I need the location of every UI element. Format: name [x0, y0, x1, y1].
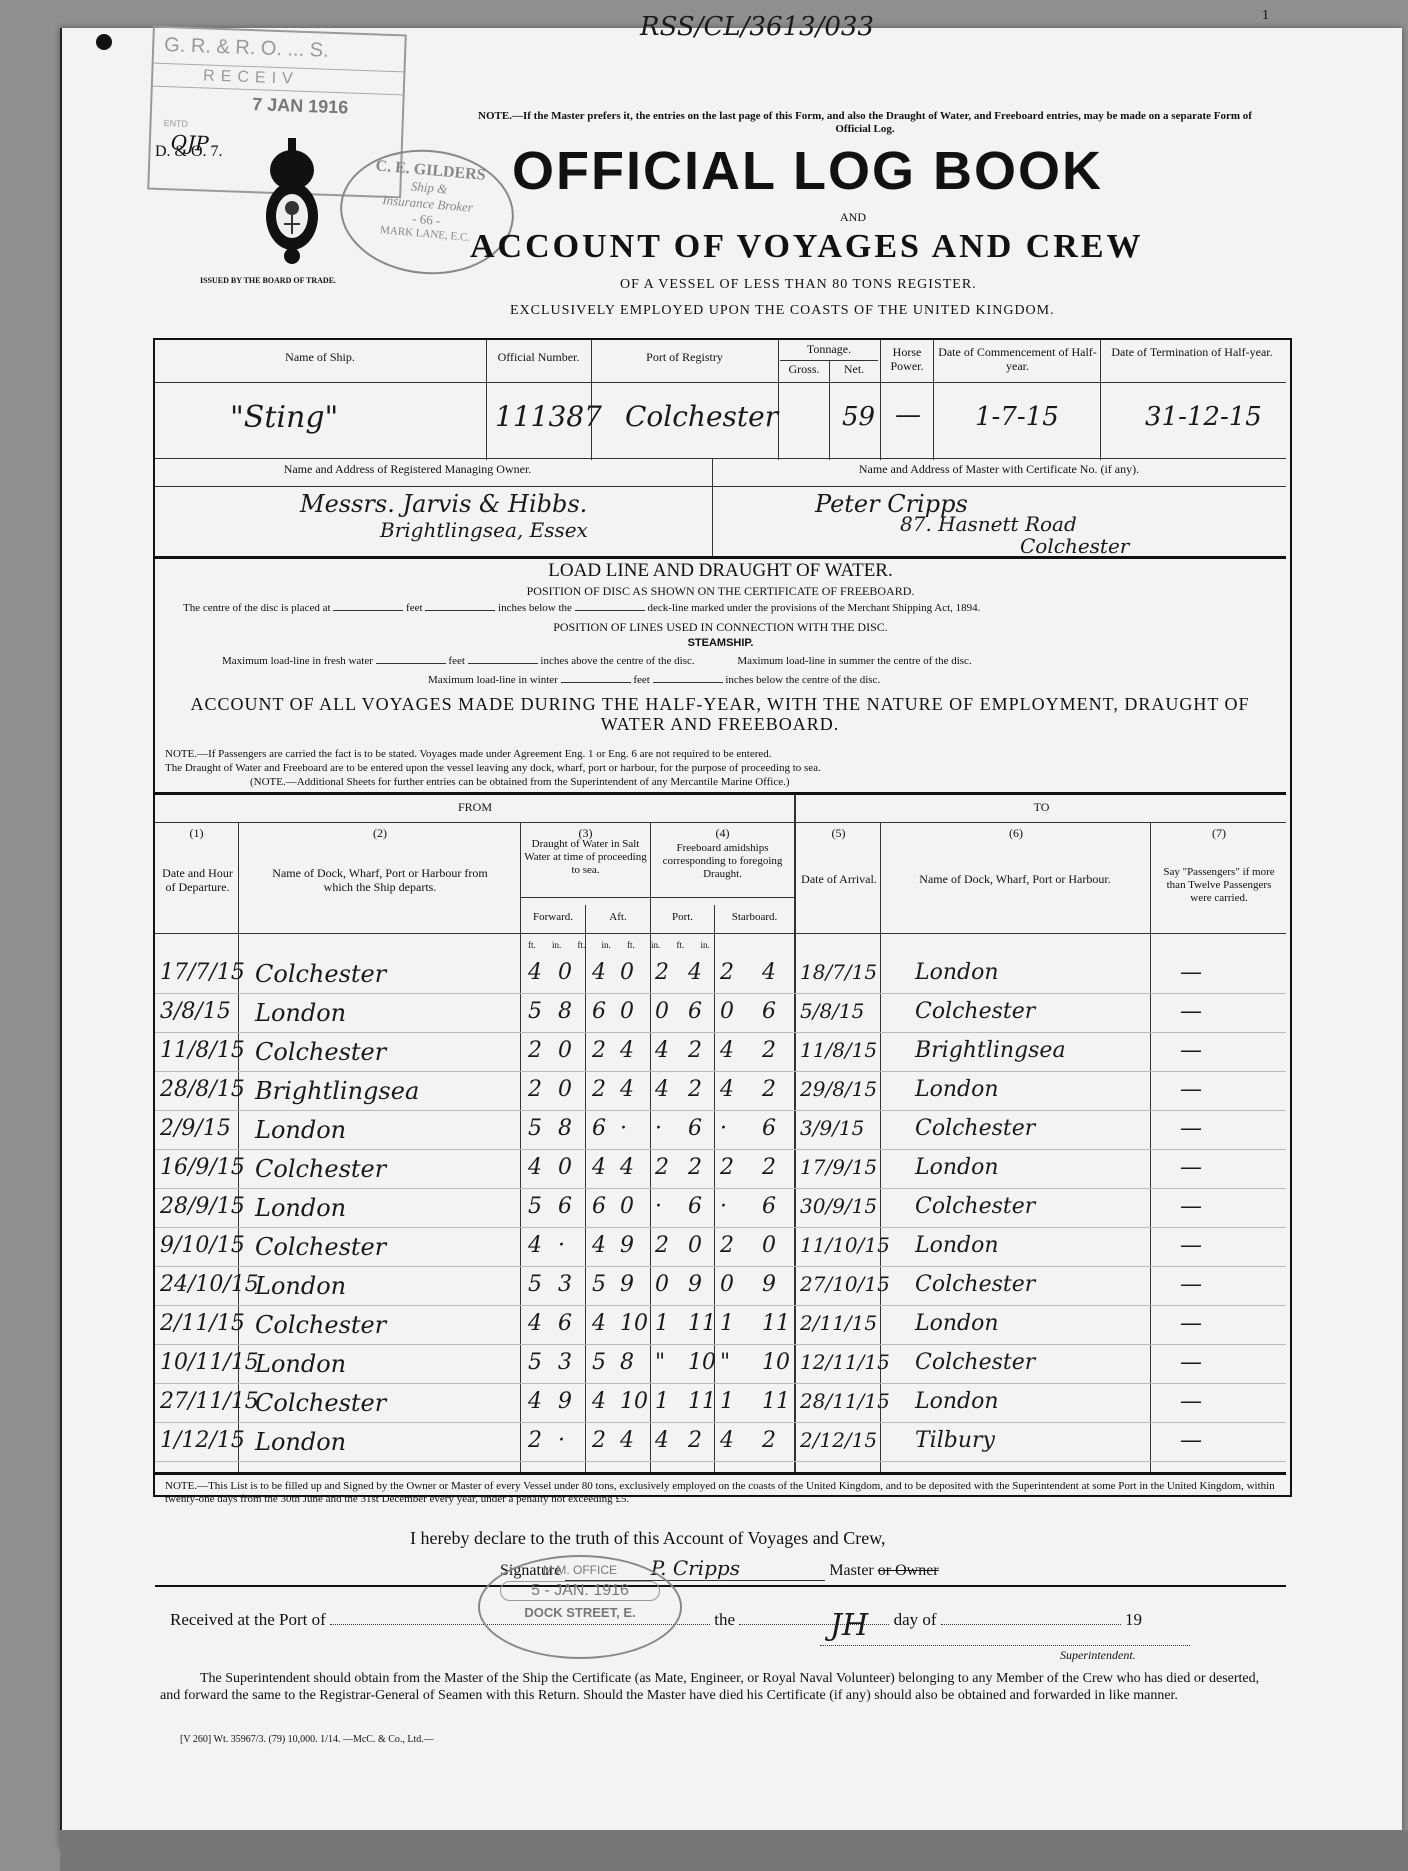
- cell-port-in: 10: [688, 1350, 716, 1375]
- unit-in: in.: [701, 940, 710, 950]
- cell-from: London: [255, 1428, 346, 1456]
- cell-aft-in: 0: [620, 1194, 634, 1219]
- cell-stb-in: 10: [762, 1350, 790, 1375]
- cell-arr: 12/11/15: [800, 1350, 890, 1374]
- hdr-date-termination: Date of Termination of Half-year.: [1102, 345, 1282, 359]
- cell-fwd-in: ·: [558, 1233, 565, 1258]
- cell-to: Colchester: [915, 1272, 1035, 1297]
- cell-pass: —: [1180, 999, 1202, 1024]
- col5-header: Date of Arrival.: [800, 872, 878, 886]
- cell-stb-in: 0: [762, 1233, 776, 1258]
- cell-pass: —: [1180, 1155, 1202, 1180]
- to-label: TO: [797, 800, 1286, 815]
- cell-aft-in: 9: [620, 1272, 634, 1297]
- hdr-date-commencement: Date of Commencement of Half-year.: [935, 345, 1100, 373]
- cell-pass: —: [1180, 1194, 1202, 1219]
- cell-aft-in: 4: [620, 1038, 634, 1063]
- cell-dep: 9/10/15: [160, 1233, 245, 1258]
- cell-dep: 27/11/15: [160, 1389, 259, 1414]
- fresh-text-c: inches above the centre of the disc.: [540, 655, 694, 667]
- col-divider: [880, 822, 881, 1472]
- cell-aft-ft: 6: [592, 1116, 606, 1141]
- printer-info: [V 260] Wt. 35967/3. (79) 10,000. 1/14. …: [180, 1734, 434, 1745]
- divider: [778, 340, 779, 460]
- hdr-name-of-ship: Name of Ship.: [155, 350, 485, 364]
- cell-dep: 17/7/15: [160, 960, 245, 985]
- top-note: NOTE.—If the Master prefers it, the entr…: [470, 110, 1260, 136]
- cell-fwd-in: 3: [558, 1350, 572, 1375]
- cell-port-ft: ·: [655, 1116, 662, 1141]
- mm-office-date: 5 - JAN. 1916: [500, 1581, 660, 1601]
- winter-text-b: feet: [633, 674, 649, 686]
- cell-stb-in: 6: [762, 999, 776, 1024]
- superintendent-field[interactable]: [820, 1645, 1190, 1646]
- cell-fwd-ft: 2: [528, 1038, 542, 1063]
- form-code: D. & O. 7.: [155, 143, 223, 161]
- cell-arr: 29/8/15: [800, 1077, 877, 1101]
- hdr-net: Net.: [830, 362, 878, 376]
- cell-to: Colchester: [915, 1350, 1035, 1375]
- cell-to: London: [915, 1077, 999, 1102]
- account-heading: ACCOUNT OF ALL VOYAGES MADE DURING THE H…: [180, 694, 1260, 734]
- cell-aft-ft: 6: [592, 999, 606, 1024]
- cell-to: London: [915, 1389, 999, 1414]
- cell-pass: —: [1180, 1116, 1202, 1141]
- fresh-text-a: Maximum load-line in fresh water: [222, 655, 373, 667]
- cell-arr: 2/12/15: [800, 1428, 877, 1452]
- cell-fwd-ft: 5: [528, 999, 542, 1024]
- hdr-tonnage: Tonnage.: [780, 342, 878, 356]
- cell-dep: 2/9/15: [160, 1116, 231, 1141]
- steamship-label: STEAMSHIP.: [155, 637, 1286, 649]
- blank-field[interactable]: [561, 681, 631, 683]
- cell-dep: 11/8/15: [160, 1038, 245, 1063]
- winter-line: Maximum load-line in winter feet inches …: [428, 674, 880, 686]
- cell-port-in: 2: [688, 1038, 702, 1063]
- cell-arr: 11/8/15: [800, 1038, 877, 1062]
- cell-port-in: 6: [688, 1194, 702, 1219]
- divider: [155, 382, 1286, 383]
- master-address: 87. Hasnett Road: [900, 512, 1077, 536]
- divider: [1100, 340, 1101, 460]
- col4-number: (4): [651, 826, 794, 840]
- divider: [155, 556, 1286, 559]
- cell-dep: 28/9/15: [160, 1194, 245, 1219]
- blank-field[interactable]: [653, 681, 723, 683]
- cell-fwd-ft: 4: [528, 1155, 542, 1180]
- cell-stb-ft: 1: [720, 1311, 734, 1336]
- cell-aft-in: ·: [620, 1116, 627, 1141]
- cell-stb-in: 2: [762, 1077, 776, 1102]
- cell-to: Brightlingsea: [915, 1038, 1066, 1063]
- cell-aft-in: 10: [620, 1389, 648, 1414]
- cell-stb-ft: 0: [720, 1272, 734, 1297]
- hdr-horse-power: Horse Power.: [882, 345, 932, 373]
- row-rule: [155, 1149, 1286, 1150]
- cell-fwd-ft: 5: [528, 1350, 542, 1375]
- received-port-label: Received at the Port of: [170, 1610, 326, 1629]
- cell-from: London: [255, 1194, 346, 1222]
- cell-stb-in: 6: [762, 1194, 776, 1219]
- cell-arr: 3/9/15: [800, 1116, 864, 1140]
- unit-in: in.: [651, 940, 660, 950]
- cell-from: Colchester: [255, 1038, 386, 1066]
- cell-aft-in: 0: [620, 999, 634, 1024]
- cell-from: Colchester: [255, 1389, 386, 1417]
- declaration: I hereby declare to the truth of this Ac…: [410, 1528, 886, 1549]
- official-number-value: 111387: [495, 400, 602, 433]
- disc-heading: POSITION OF DISC AS SHOWN ON THE CERTIFI…: [155, 584, 1286, 599]
- cell-port-ft: ·: [655, 1194, 662, 1219]
- disc-text-c: inches below the: [498, 602, 572, 614]
- cell-fwd-ft: 5: [528, 1116, 542, 1141]
- master-label: Name and Address of Master with Certific…: [712, 462, 1286, 476]
- col3-aft: Aft.: [586, 910, 650, 924]
- divider: [155, 822, 1286, 823]
- cell-stb-in: 6: [762, 1116, 776, 1141]
- divider: [155, 458, 1286, 459]
- cell-aft-ft: 2: [592, 1038, 606, 1063]
- punch-hole: [96, 34, 112, 50]
- employment-scope: EXCLUSIVELY EMPLOYED UPON THE COASTS OF …: [510, 303, 1055, 319]
- cell-dep: 3/8/15: [160, 999, 231, 1024]
- divider: [155, 486, 1286, 487]
- received-dayof-label: day of: [894, 1610, 937, 1629]
- vessel-class: OF A VESSEL OF LESS THAN 80 TONS REGISTE…: [620, 277, 977, 293]
- divider: [155, 1585, 1286, 1587]
- cell-stb-ft: ": [720, 1350, 730, 1375]
- unit-ft: ft.: [677, 940, 685, 950]
- cell-from: Colchester: [255, 1311, 386, 1339]
- cell-stb-ft: 4: [720, 1077, 734, 1102]
- cell-stb-in: 11: [762, 1311, 790, 1336]
- cell-pass: —: [1180, 1077, 1202, 1102]
- footer-note: NOTE.—This List is to be filled up and S…: [165, 1480, 1280, 1506]
- disc-text-d: deck-line marked under the provisions of…: [647, 602, 980, 614]
- cell-from: Colchester: [255, 960, 386, 988]
- divider: [712, 458, 713, 558]
- cell-pass: —: [1180, 1428, 1202, 1453]
- cell-to: Colchester: [915, 999, 1035, 1024]
- cell-fwd-in: 0: [558, 960, 572, 985]
- cell-to: Colchester: [915, 1116, 1035, 1141]
- blank-field[interactable]: [468, 662, 538, 664]
- hdr-official-number: Official Number.: [487, 350, 590, 364]
- divider: [521, 897, 794, 898]
- cell-fwd-ft: 4: [528, 1233, 542, 1258]
- unit-ft: ft.: [627, 940, 635, 950]
- ship-name-value: "Sting": [230, 400, 338, 435]
- cell-from: Colchester: [255, 1233, 386, 1261]
- cell-stb-in: 2: [762, 1155, 776, 1180]
- cell-port-in: 2: [688, 1155, 702, 1180]
- cell-arr: 17/9/15: [800, 1155, 877, 1179]
- cell-port-in: 9: [688, 1272, 702, 1297]
- cell-port-ft: 0: [655, 1272, 669, 1297]
- cell-aft-ft: 4: [592, 1233, 606, 1258]
- col5-number: (5): [797, 826, 880, 840]
- cell-aft-ft: 5: [592, 1272, 606, 1297]
- divider: [933, 340, 934, 460]
- cell-port-in: 11: [688, 1311, 716, 1336]
- col-divider: [1150, 822, 1151, 1472]
- cell-dep: 1/12/15: [160, 1428, 245, 1453]
- col7-header: Say "Passengers" if more than Twelve Pas…: [1158, 866, 1280, 905]
- horse-power-value: —: [895, 400, 921, 430]
- cell-to: Tilbury: [915, 1428, 995, 1453]
- cell-pass: —: [1180, 960, 1202, 985]
- divider: [486, 340, 487, 460]
- master-town: Colchester: [1020, 534, 1129, 558]
- note-draught: The Draught of Water and Freeboard are t…: [165, 762, 1265, 775]
- cell-fwd-ft: 4: [528, 1389, 542, 1414]
- cell-port-in: 2: [688, 1428, 702, 1453]
- cell-stb-in: 11: [762, 1389, 790, 1414]
- page-subtitle: ACCOUNT OF VOYAGES AND CREW: [470, 228, 1144, 266]
- commencement-date-value: 1-7-15: [975, 402, 1059, 432]
- blank-field[interactable]: [333, 609, 403, 611]
- cell-arr: 11/10/15: [800, 1233, 890, 1257]
- cell-port-in: 6: [688, 999, 702, 1024]
- cell-stb-ft: 2: [720, 960, 734, 985]
- mm-office-line3: DOCK STREET, E.: [480, 1605, 680, 1620]
- cell-aft-ft: 4: [592, 1389, 606, 1414]
- cell-arr: 2/11/15: [800, 1311, 877, 1335]
- row-rule: [155, 1188, 1286, 1189]
- col2-header: Name of Dock, Wharf, Port or Harbour fro…: [270, 866, 490, 894]
- cell-port-in: 0: [688, 1233, 702, 1258]
- cell-fwd-in: 0: [558, 1077, 572, 1102]
- cell-arr: 30/9/15: [800, 1194, 877, 1218]
- cell-port-ft: 2: [655, 1233, 669, 1258]
- row-rule: [155, 1266, 1286, 1267]
- fresh-water-line: Maximum load-line in fresh water feet in…: [222, 655, 972, 667]
- cell-port-ft: 4: [655, 1428, 669, 1453]
- cell-stb-ft: 4: [720, 1428, 734, 1453]
- row-rule: [155, 1383, 1286, 1384]
- cell-port-ft: 4: [655, 1077, 669, 1102]
- note-passengers: NOTE.—If Passengers are carried the fact…: [165, 748, 1265, 761]
- cell-aft-in: 8: [620, 1350, 634, 1375]
- unit-in: in.: [602, 940, 611, 950]
- hdr-port-registry: Port of Registry: [592, 350, 777, 364]
- col3-header: Draught of Water in Salt Water at time o…: [521, 838, 650, 877]
- disc-text-b: feet: [406, 602, 422, 614]
- cell-stb-ft: 2: [720, 1233, 734, 1258]
- row-rule: [155, 1110, 1286, 1111]
- cell-dep: 16/9/15: [160, 1155, 245, 1180]
- cell-port-in: 6: [688, 1116, 702, 1141]
- owner-struck: or Owner: [878, 1562, 939, 1579]
- cell-stb-ft: 1: [720, 1389, 734, 1414]
- cell-aft-in: 9: [620, 1233, 634, 1258]
- winter-text-c: inches below the centre of the disc.: [725, 674, 880, 686]
- cell-port-ft: ": [655, 1350, 665, 1375]
- col4-starboard: Starboard.: [715, 910, 794, 924]
- cell-fwd-in: 8: [558, 999, 572, 1024]
- superintendent-label: Superintendent.: [1060, 1648, 1136, 1663]
- cell-from: Colchester: [255, 1155, 386, 1183]
- row-rule: [155, 1344, 1286, 1345]
- page-title: OFFICIAL LOG BOOK: [512, 140, 1103, 202]
- received-the-label: the: [714, 1610, 735, 1629]
- cell-port-ft: 2: [655, 960, 669, 985]
- cell-from: London: [255, 1116, 346, 1144]
- divider: [155, 792, 1286, 795]
- master-label-sig: Master: [829, 1562, 873, 1579]
- blank-field[interactable]: [575, 609, 645, 611]
- summer-text: Maximum load-line in summer the centre o…: [737, 655, 971, 667]
- units-row: ft. in. ft. in. ft. in. ft. in.: [528, 940, 710, 950]
- owner-label: Name and Address of Registered Managing …: [155, 462, 660, 476]
- cell-arr: 18/7/15: [800, 960, 877, 984]
- cell-aft-in: 4: [620, 1428, 634, 1453]
- cell-from: Brightlingsea: [255, 1077, 419, 1105]
- cell-aft-ft: 6: [592, 1194, 606, 1219]
- cell-fwd-ft: 2: [528, 1428, 542, 1453]
- cell-aft-ft: 5: [592, 1350, 606, 1375]
- page-number: 1: [1262, 8, 1269, 24]
- owner-address: Brightlingsea, Essex: [380, 518, 588, 542]
- col6-number: (6): [882, 826, 1150, 840]
- disc-text-a: The centre of the disc is placed at: [183, 602, 331, 614]
- received-year-label: 19: [1125, 1610, 1142, 1629]
- fresh-text-b: feet: [448, 655, 464, 667]
- unit-ft: ft.: [578, 940, 586, 950]
- cell-stb-in: 2: [762, 1038, 776, 1063]
- issued-by: ISSUED BY THE BOARD OF TRADE.: [200, 276, 336, 285]
- cell-stb-in: 2: [762, 1428, 776, 1453]
- row-rule: [155, 993, 1286, 994]
- cell-from: London: [255, 999, 346, 1027]
- winter-text-a: Maximum load-line in winter: [428, 674, 558, 686]
- cell-port-ft: 0: [655, 999, 669, 1024]
- cell-arr: 28/11/15: [800, 1389, 890, 1413]
- cell-stb-in: 4: [762, 960, 776, 985]
- cell-stb-ft: 2: [720, 1155, 734, 1180]
- cell-arr: 27/10/15: [800, 1272, 890, 1296]
- row-rule: [155, 1227, 1286, 1228]
- cell-stb-ft: ·: [720, 1116, 727, 1141]
- col3-forward: Forward.: [521, 910, 585, 924]
- cell-pass: —: [1180, 1233, 1202, 1258]
- cell-port-in: 2: [688, 1077, 702, 1102]
- cell-fwd-in: 6: [558, 1194, 572, 1219]
- cell-dep: 28/8/15: [160, 1077, 245, 1102]
- row-rule: [155, 1071, 1286, 1072]
- cell-fwd-in: 3: [558, 1272, 572, 1297]
- cell-fwd-in: 0: [558, 1038, 572, 1063]
- cell-aft-in: 4: [620, 1155, 634, 1180]
- cell-aft-ft: 4: [592, 1311, 606, 1336]
- cell-port-ft: 1: [655, 1311, 669, 1336]
- cell-pass: —: [1180, 1350, 1202, 1375]
- cell-port-in: 4: [688, 960, 702, 985]
- cell-stb-ft: 4: [720, 1038, 734, 1063]
- cell-dep: 24/10/15: [160, 1272, 259, 1297]
- row-rule: [155, 1461, 1286, 1462]
- divider: [155, 1472, 1286, 1475]
- cell-fwd-in: 6: [558, 1311, 572, 1336]
- received-month-field[interactable]: [941, 1624, 1121, 1625]
- col6-header: Name of Dock, Wharf, Port or Harbour.: [900, 872, 1130, 886]
- col4-port: Port.: [651, 910, 714, 924]
- royal-crest-icon: [262, 138, 322, 268]
- mm-office-stamp: M.M. OFFICE 5 - JAN. 1916 DOCK STREET, E…: [478, 1555, 682, 1659]
- cell-aft-ft: 2: [592, 1077, 606, 1102]
- cell-dep: 10/11/15: [160, 1350, 259, 1375]
- divider: [880, 340, 881, 460]
- cell-fwd-ft: 5: [528, 1272, 542, 1297]
- load-line-title: LOAD LINE AND DRAUGHT OF WATER.: [155, 560, 1286, 582]
- hdr-gross: Gross.: [780, 362, 828, 376]
- cell-fwd-in: 0: [558, 1155, 572, 1180]
- cell-aft-ft: 2: [592, 1428, 606, 1453]
- cell-pass: —: [1180, 1038, 1202, 1063]
- cell-port-ft: 1: [655, 1389, 669, 1414]
- blank-field[interactable]: [376, 662, 446, 664]
- cell-to: London: [915, 960, 999, 985]
- superintendent-signature: JH: [830, 1608, 868, 1643]
- cell-arr: 5/8/15: [800, 999, 864, 1023]
- blank-field[interactable]: [425, 609, 495, 611]
- cell-stb-ft: 0: [720, 999, 734, 1024]
- cell-fwd-in: 8: [558, 1116, 572, 1141]
- cell-aft-ft: 4: [592, 960, 606, 985]
- cell-to: Colchester: [915, 1194, 1035, 1219]
- lines-heading: POSITION OF LINES USED IN CONNECTION WIT…: [155, 620, 1286, 635]
- cell-fwd-ft: 5: [528, 1194, 542, 1219]
- col1-header: Date and Hour of Departure.: [160, 866, 235, 894]
- cell-aft-in: 10: [620, 1311, 648, 1336]
- superintendent-note: The Superintendent should obtain from th…: [160, 1670, 1280, 1704]
- cell-fwd-ft: 2: [528, 1077, 542, 1102]
- net-tonnage-value: 59: [842, 402, 875, 432]
- port-registry-value: Colchester: [625, 400, 778, 433]
- cell-to: London: [915, 1233, 999, 1258]
- col2-number: (2): [240, 826, 520, 840]
- cell-pass: —: [1180, 1272, 1202, 1297]
- cell-port-in: 11: [688, 1389, 716, 1414]
- cell-to: London: [915, 1311, 999, 1336]
- cell-dep: 2/11/15: [160, 1311, 245, 1336]
- page-shadow: [60, 1830, 1408, 1871]
- col1-number: (1): [155, 826, 238, 840]
- cell-to: London: [915, 1155, 999, 1180]
- row-rule: [155, 1032, 1286, 1033]
- divider: [155, 933, 1286, 934]
- cell-aft-ft: 4: [592, 1155, 606, 1180]
- cell-pass: —: [1180, 1311, 1202, 1336]
- col7-number: (7): [1152, 826, 1286, 840]
- cell-aft-in: 4: [620, 1077, 634, 1102]
- reference-number: RSS/CL/3613/033: [640, 12, 874, 42]
- owner-name: Messrs. Jarvis & Hibbs.: [300, 490, 587, 518]
- cell-aft-in: 0: [620, 960, 634, 985]
- cell-fwd-in: 9: [558, 1389, 572, 1414]
- note-additional: (NOTE.—Additional Sheets for further ent…: [250, 776, 1250, 789]
- disc-position-line: The centre of the disc is placed at feet…: [183, 602, 980, 614]
- cell-from: London: [255, 1272, 346, 1300]
- cell-from: London: [255, 1350, 346, 1378]
- title-and: AND: [840, 210, 866, 225]
- row-rule: [155, 1305, 1286, 1306]
- cell-pass: —: [1180, 1389, 1202, 1414]
- row-rule: [155, 1422, 1286, 1423]
- col4-header: Freeboard amidships corresponding to for…: [651, 842, 794, 881]
- cell-port-ft: 2: [655, 1155, 669, 1180]
- cell-fwd-ft: 4: [528, 960, 542, 985]
